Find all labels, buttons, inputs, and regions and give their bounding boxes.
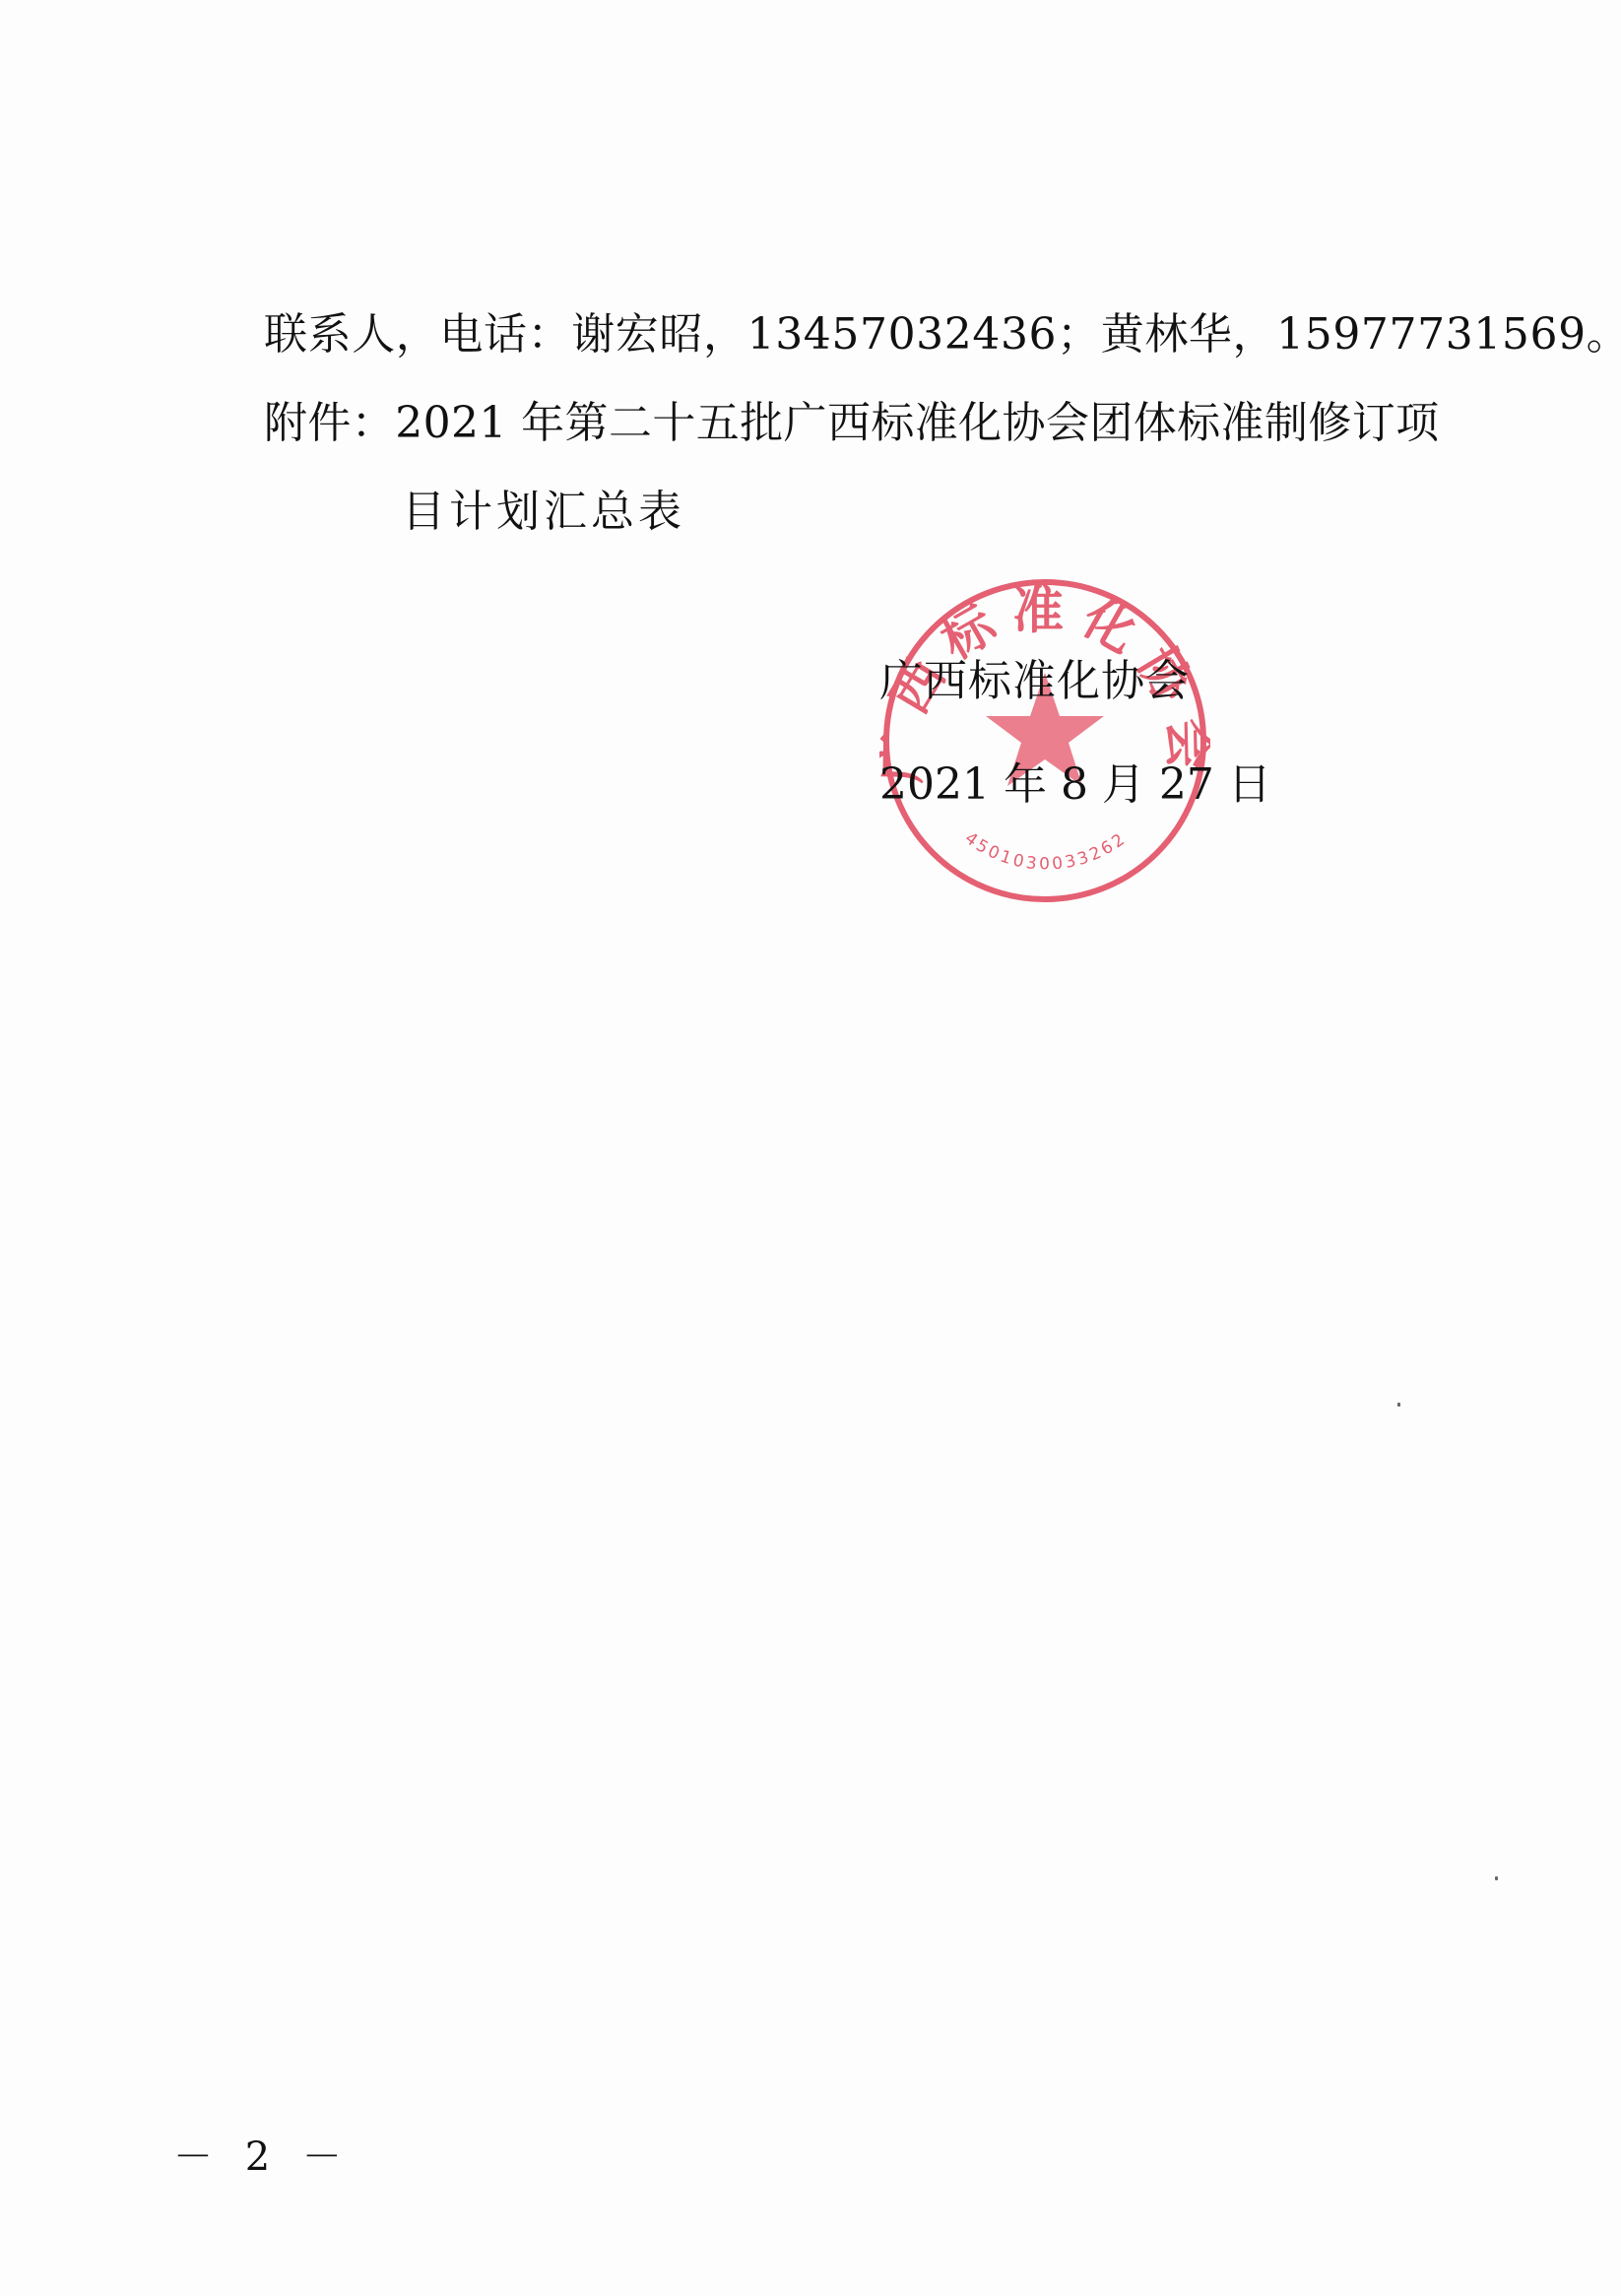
signature-date: 2021 年 8 月 27 日 xyxy=(879,757,1271,813)
contact-info-line: 联系人，电话：谢宏昭，13457032436；黄林华，15977731569。 xyxy=(264,307,1621,362)
signature-organization: 广西标准化协会 xyxy=(879,654,1190,709)
attachment-line-2: 目计划汇总表 xyxy=(402,485,685,540)
scan-speck xyxy=(1495,1876,1498,1880)
document-page: 联系人，电话：谢宏昭，13457032436；黄林华，15977731569。 … xyxy=(0,0,1621,2296)
official-seal-icon: 广西标准化协会 4501030033262 xyxy=(879,575,1210,906)
page-number: － 2 － xyxy=(173,2133,352,2181)
attachment-line-1: 附件：2021 年第二十五批广西标准化协会团体标准制修订项 xyxy=(264,396,1440,451)
scan-speck xyxy=(1397,1403,1400,1407)
seal-code-text: 4501030033262 xyxy=(961,828,1131,874)
